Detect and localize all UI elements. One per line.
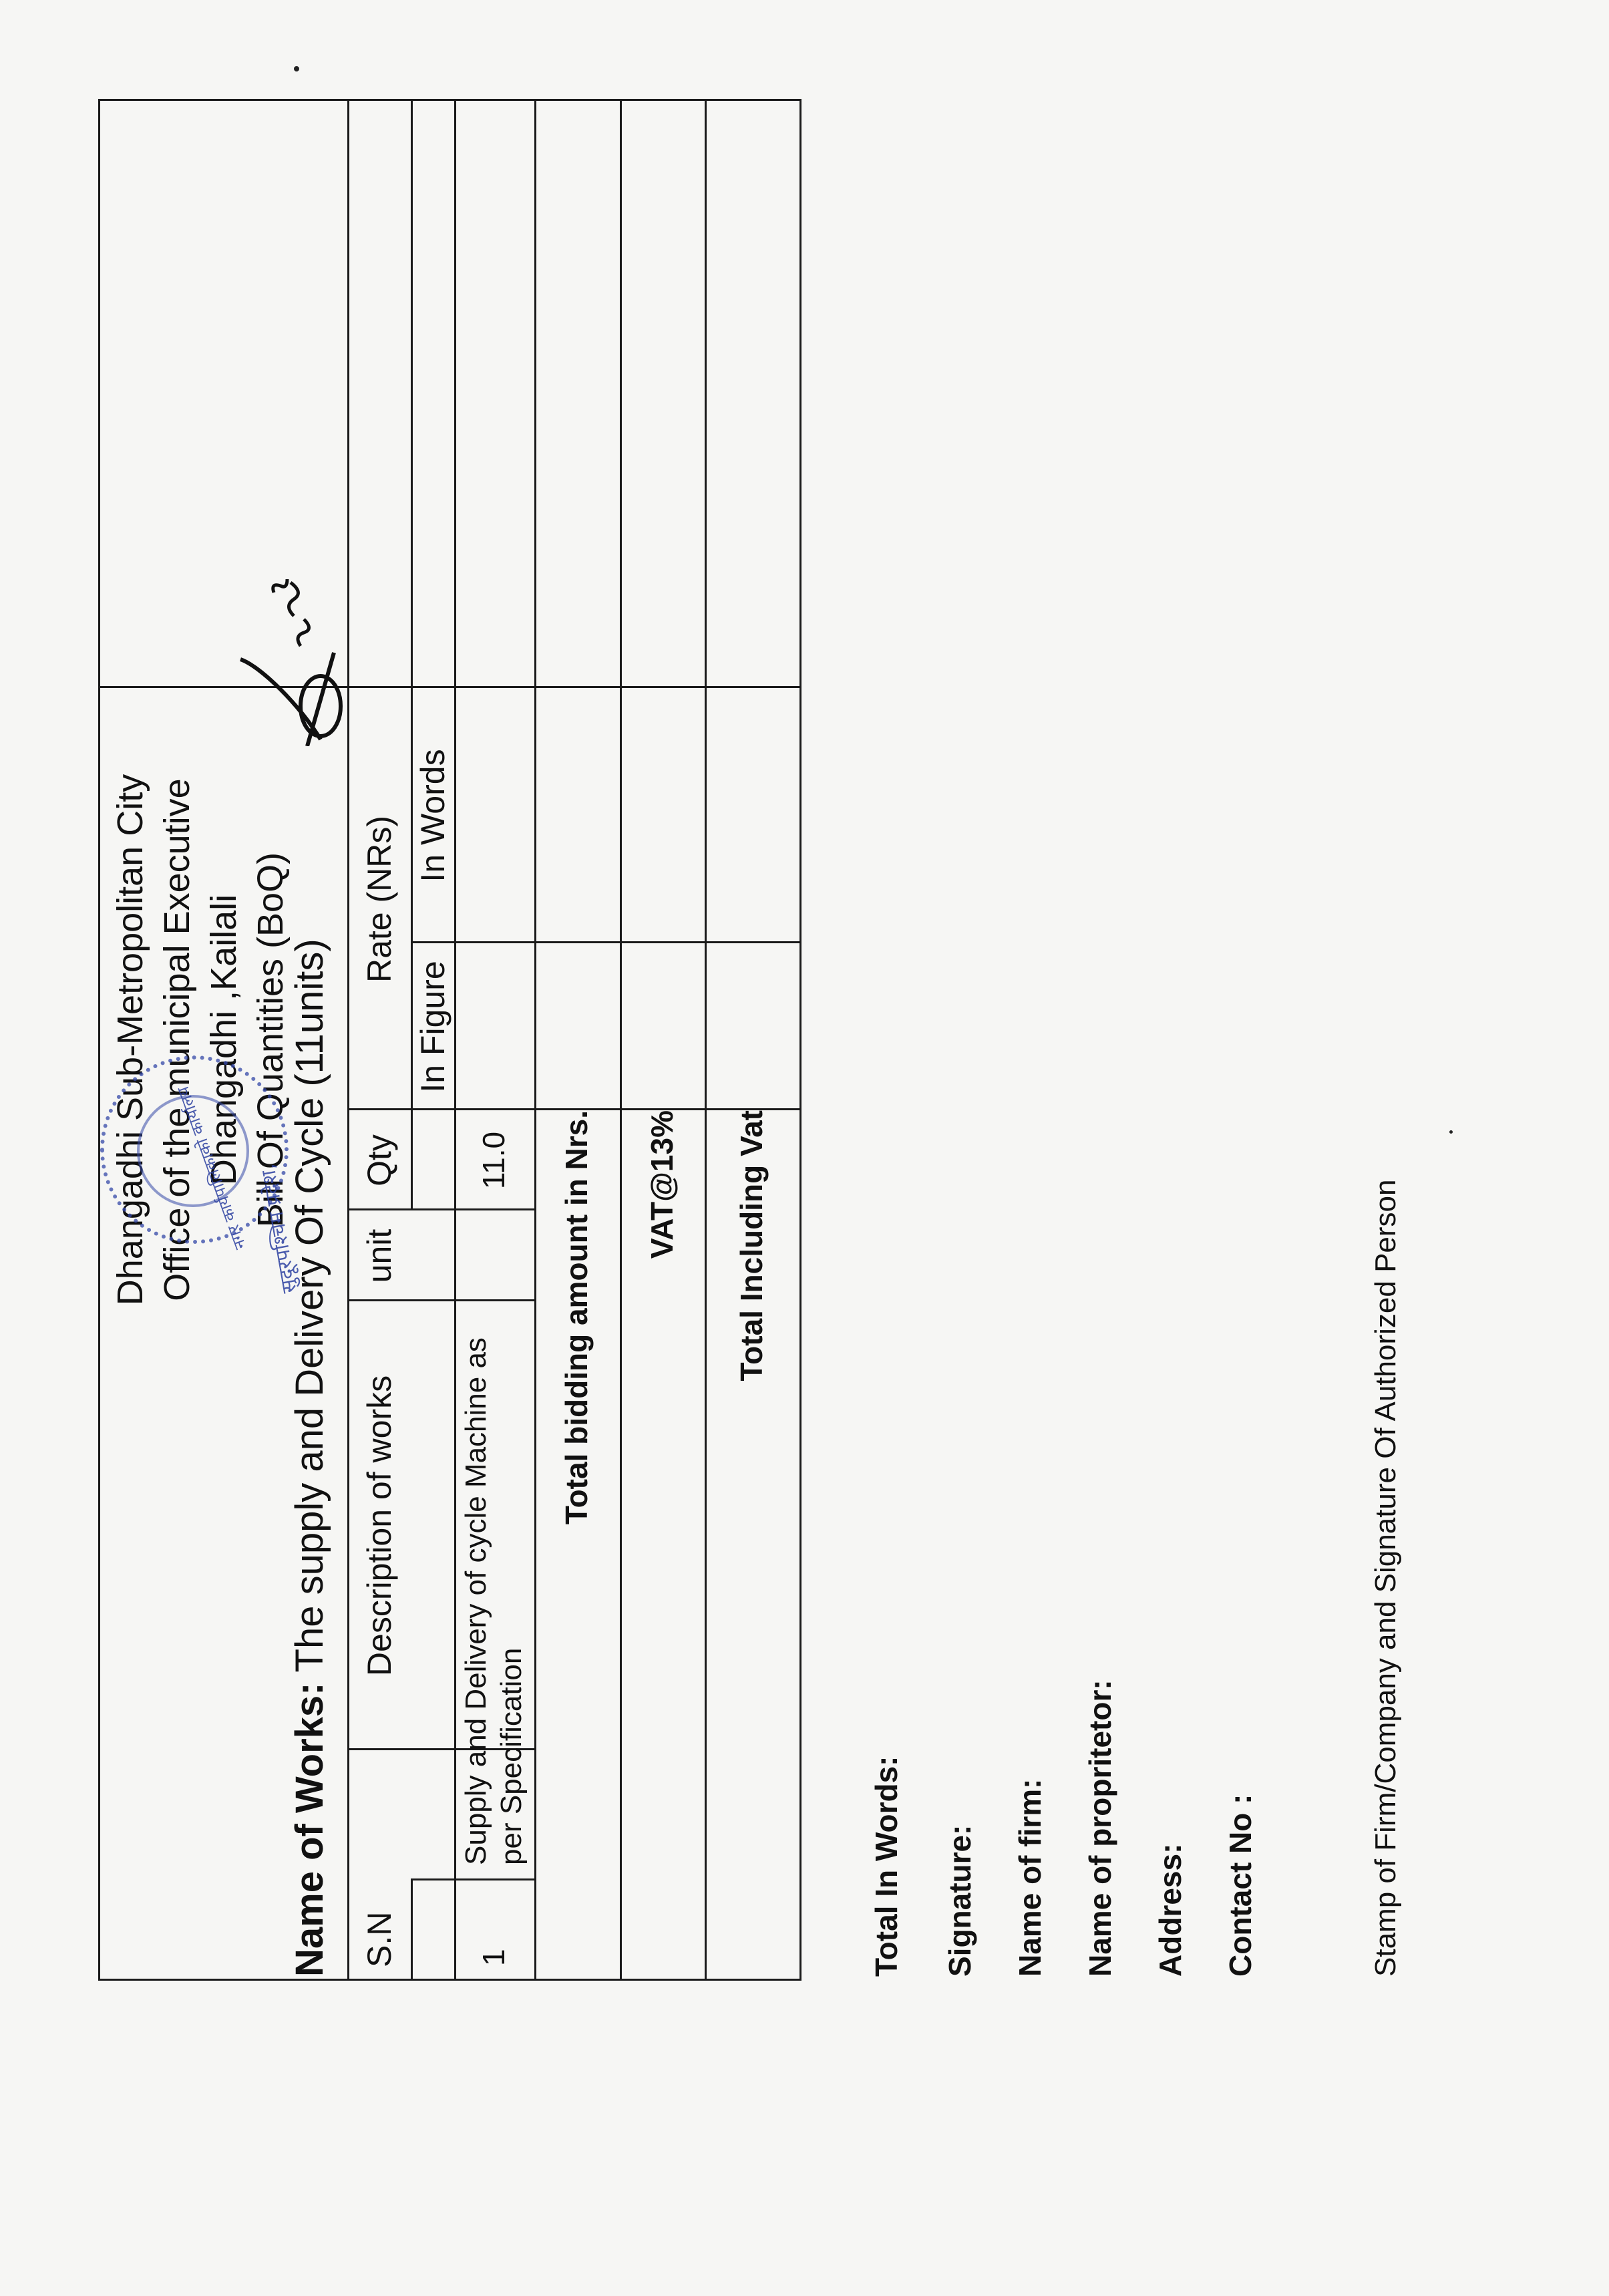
scan-speck — [1449, 1130, 1453, 1134]
col-header-unit: unit — [347, 1210, 411, 1301]
name-of-works-label: Name of Works: — [288, 1683, 331, 1977]
header-office: Office of the municipal Executive — [154, 99, 200, 1981]
col-header-amount — [347, 99, 454, 688]
row-1-description: Supply and Delivery of cycle Machine as … — [454, 1297, 534, 1872]
contact-no-field[interactable]: Contact No : — [1222, 1794, 1258, 1977]
col-header-sn: S.N — [347, 1867, 411, 1981]
row-1-qty: 11.0 — [454, 1110, 534, 1210]
row-1-rate-in-figure[interactable] — [454, 943, 534, 1110]
col-header-qty: Qty — [347, 1110, 411, 1210]
name-of-proprietor-field[interactable]: Name of propritetor: — [1082, 1679, 1118, 1977]
name-of-firm-field[interactable]: Name of firm: — [1012, 1779, 1048, 1977]
scan-speck — [294, 66, 299, 71]
col-header-rate-in-words: In Words — [411, 688, 454, 943]
total-including-vat-label: Total Including Vat — [705, 1097, 799, 1981]
vat-value[interactable] — [620, 99, 705, 688]
vat-label: VAT@13% — [620, 1097, 705, 1981]
address-field[interactable]: Address: — [1152, 1844, 1188, 1977]
col-header-description: Description of works — [347, 1301, 411, 1750]
row-1-amount[interactable] — [454, 99, 534, 688]
handwritten-signature-icon — [220, 572, 354, 746]
name-of-works: Name of Works: The supply and Delivery O… — [287, 939, 332, 1977]
row-1-unit[interactable] — [454, 1210, 534, 1301]
table-rule — [411, 1880, 413, 1981]
document-header: Dhangadhi Sub-Metropolitan City Office o… — [107, 99, 294, 1981]
name-of-works-value: The supply and Delivery Of Cycle (11unit… — [288, 939, 331, 1672]
header-location: Dhangadhi ,Kailali — [200, 99, 247, 1981]
row-1-rate-in-words[interactable] — [454, 688, 534, 943]
header-org-name: Dhangadhi Sub-Metropolitan City — [107, 99, 154, 1981]
boq-document-page: Dhangadhi Sub-Metropolitan City Office o… — [0, 0, 1609, 2296]
col-header-rate: Rate (NRs) — [347, 688, 411, 1110]
total-bidding-value[interactable] — [534, 99, 620, 688]
total-bidding-label: Total bidding amount in Nrs. — [534, 1097, 620, 1981]
total-including-vat-value[interactable] — [705, 99, 799, 688]
signature-field[interactable]: Signature: — [942, 1825, 978, 1977]
col-header-rate-in-figure: In Figure — [411, 943, 454, 1110]
total-in-words-field[interactable]: Total In Words: — [868, 1756, 904, 1977]
row-1-sn: 1 — [454, 1866, 534, 1981]
stamp-signature-caption: Stamp of Firm/Company and Signature Of A… — [1369, 1180, 1403, 1977]
